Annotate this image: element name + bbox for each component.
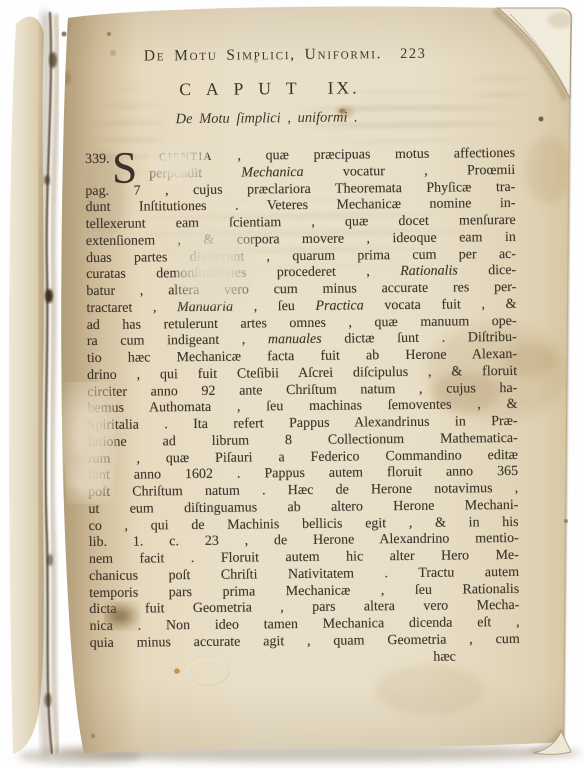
book-page-photo: De Motu Simplici, Uniformi. 223 CAPUTIX.… bbox=[0, 0, 584, 768]
running-header: De Motu Simplici, Uniformi. 223 bbox=[84, 44, 514, 67]
chapter-heading-word: CAPUT bbox=[179, 78, 312, 99]
corner-fold-highlight bbox=[548, 12, 572, 28]
worn-corner-chip bbox=[50, 20, 70, 32]
binding-knot bbox=[49, 52, 57, 68]
stain bbox=[375, 665, 485, 715]
worn-corner-chip bbox=[61, 71, 71, 85]
page-content: De Motu Simplici, Uniformi. 223 CAPUTIX.… bbox=[84, 44, 520, 670]
drop-cap: S bbox=[112, 150, 137, 186]
paragraph-number: 339. bbox=[85, 152, 110, 169]
binding-knot bbox=[45, 289, 53, 303]
binding-knot bbox=[44, 175, 50, 185]
chapter-subtitle: De Motu ſimplici , uniformi . bbox=[85, 108, 515, 130]
worn-corner-chip bbox=[62, 8, 78, 16]
stain bbox=[526, 136, 570, 204]
binding-knot bbox=[47, 554, 53, 566]
body-lines: CIENTIA , quæ præcipuas motus affectione… bbox=[85, 146, 520, 653]
binding-knot bbox=[45, 693, 52, 707]
body-text: 339. S CIENTIA , quæ præcipuas motus aff… bbox=[85, 146, 520, 670]
chapter-number: IX. bbox=[328, 77, 360, 97]
chapter-heading: CAPUTIX. bbox=[84, 76, 514, 102]
running-header-title: De Motu Simplici, Uniformi. bbox=[144, 45, 383, 64]
gutter-crease bbox=[52, 14, 58, 754]
page-number: 223 bbox=[400, 46, 426, 63]
